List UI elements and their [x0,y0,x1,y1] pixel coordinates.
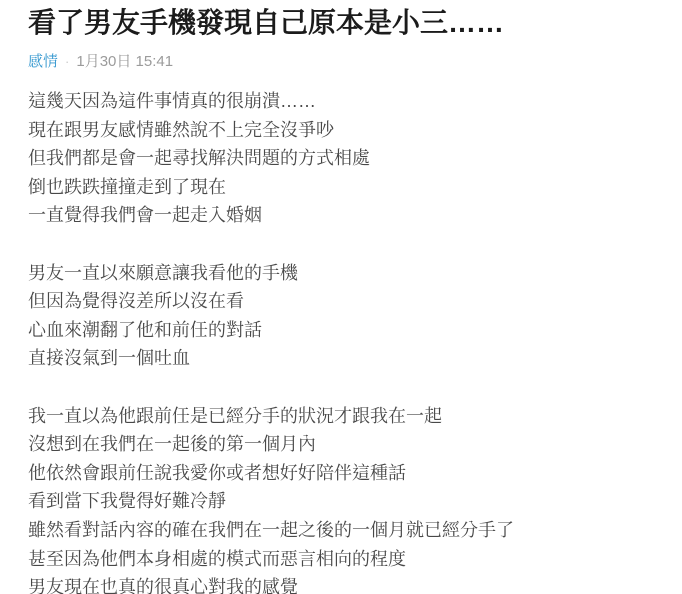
post-paragraph: 我一直以為他跟前任是已經分手的狀況才跟我在一起 沒想到在我們在一起後的第一個月內… [28,402,654,594]
post-line: 男友一直以來願意讓我看他的手機 [28,259,654,288]
post-line: 男友現在也真的很真心對我的感覺 [28,573,654,594]
post-line: 但因為覺得沒差所以沒在看 [28,287,654,316]
post-line: 心血來潮翻了他和前任的對話 [28,316,654,345]
post-title: 看了男友手機發現自己原本是小三…… [28,0,654,42]
post-line: 沒想到在我們在一起後的第一個月內 [28,430,654,459]
post-line: 他依然會跟前任說我愛你或者想好好陪伴這種話 [28,459,654,488]
post-timestamp: 1月30日 15:41 [76,52,173,72]
post-line: 現在跟男友感情雖然說不上完全沒爭吵 [28,116,654,145]
post-line: 倒也跌跌撞撞走到了現在 [28,173,654,202]
post-line: 雖然看對話內容的確在我們在一起之後的一個月就已經分手了 [28,516,654,545]
post-line: 但我們都是會一起尋找解決問題的方式相處 [28,144,654,173]
post-line: 甚至因為他們本身相處的模式而惡言相向的程度 [28,545,654,574]
post-line: 我一直以為他跟前任是已經分手的狀況才跟我在一起 [28,402,654,431]
category-link[interactable]: 感情 [28,52,58,72]
post-line: 直接沒氣到一個吐血 [28,344,654,373]
meta-separator-dot: · [65,52,69,72]
post-body: 這幾天因為這件事情真的很崩潰…… 現在跟男友感情雖然說不上完全沒爭吵 但我們都是… [28,87,654,594]
post-meta: 感情 · 1月30日 15:41 [28,52,654,72]
post-line: 一直覺得我們會一起走入婚姻 [28,201,654,230]
post-line: 看到當下我覺得好難冷靜 [28,487,654,516]
post-paragraph: 男友一直以來願意讓我看他的手機 但因為覺得沒差所以沒在看 心血來潮翻了他和前任的… [28,259,654,373]
post-line: 這幾天因為這件事情真的很崩潰…… [28,87,654,116]
post-container: 看了男友手機發現自己原本是小三…… 感情 · 1月30日 15:41 這幾天因為… [0,0,682,594]
post-paragraph: 這幾天因為這件事情真的很崩潰…… 現在跟男友感情雖然說不上完全沒爭吵 但我們都是… [28,87,654,230]
